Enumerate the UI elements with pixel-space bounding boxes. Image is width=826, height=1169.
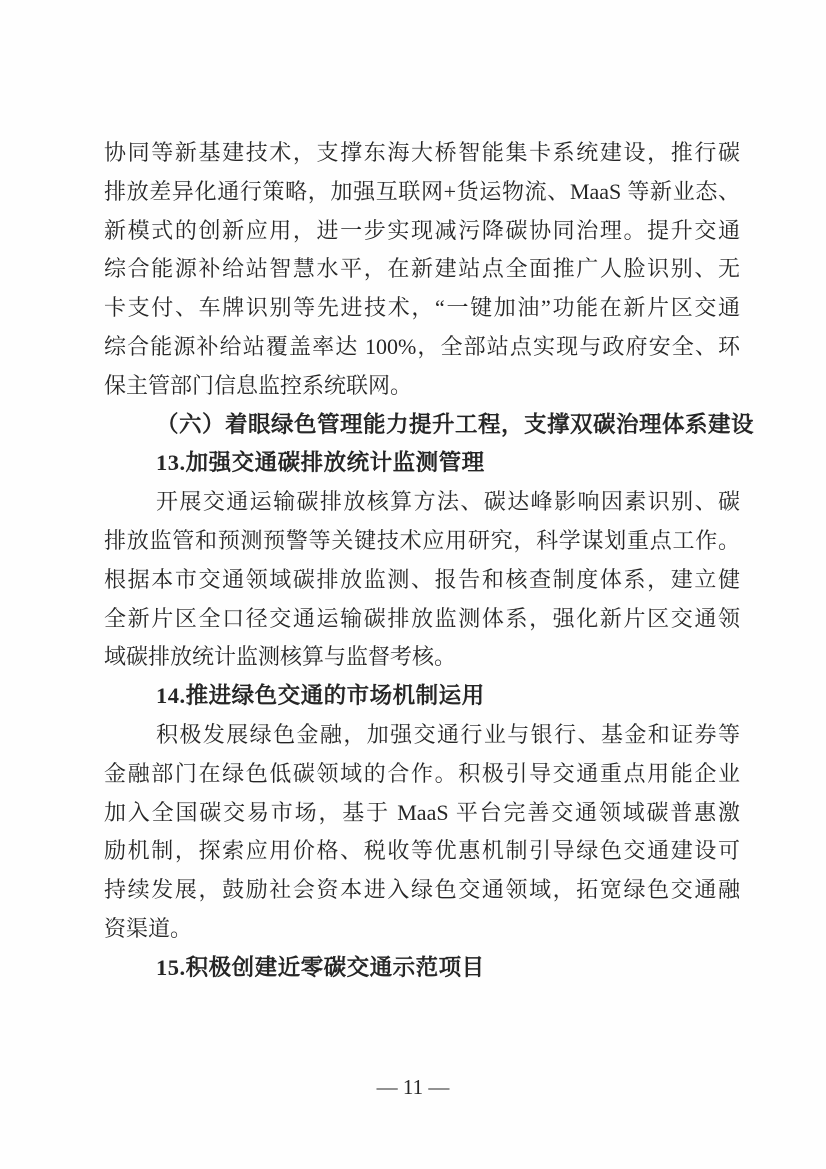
text-line: 协同等新基建技术，支撑东海大桥智能集卡系统建设，推行碳 [104, 134, 740, 173]
paragraph-first-line: 积极发展绿色金融，加强交通行业与银行、基金和证券等 [104, 716, 740, 755]
text-line: 根据本市交通领域碳排放监测、报告和核查制度体系，建立健 [104, 561, 740, 600]
paragraph-last-line: 域碳排放统计监测核算与监督考核。 [104, 638, 740, 677]
item-heading: 14.推进绿色交通的市场机制运用 [104, 677, 740, 716]
text-line: 持续发展，鼓励社会资本进入绿色交通领域，拓宽绿色交通融 [104, 871, 740, 910]
text-line: 加入全国碳交易市场，基于 MaaS 平台完善交通领域碳普惠激 [104, 794, 740, 833]
text-line: 排放监管和预测预警等关键技术应用研究，科学谋划重点工作。 [104, 522, 740, 561]
document-page: 协同等新基建技术，支撑东海大桥智能集卡系统建设，推行碳排放差异化通行策略，加强互… [0, 0, 826, 1169]
text-line: 金融部门在绿色低碳领域的合作。积极引导交通重点用能企业 [104, 755, 740, 794]
text-line: 综合能源补给站覆盖率达 100%，全部站点实现与政府安全、环 [104, 328, 740, 367]
paragraph-first-line: 开展交通运输碳排放核算方法、碳达峰影响因素识别、碳 [104, 483, 740, 522]
text-line: 全新片区全口径交通运输碳排放监测体系，强化新片区交通领 [104, 600, 740, 639]
paragraph-last-line: 保主管部门信息监控系统联网。 [104, 367, 740, 406]
text-line: 综合能源补给站智慧水平，在新建站点全面推广人脸识别、无 [104, 250, 740, 289]
text-line: 励机制，探索应用价格、税收等优惠机制引导绿色交通建设可 [104, 832, 740, 871]
page-number: — 11 — [0, 1072, 826, 1102]
text-line: 卡支付、车牌识别等先进技术，“一键加油”功能在新片区交通 [104, 289, 740, 328]
item-heading: 13.加强交通碳排放统计监测管理 [104, 444, 740, 483]
section-heading: （六）着眼绿色管理能力提升工程，支撑双碳治理体系建设 [104, 406, 740, 445]
item-heading: 15.积极创建近零碳交通示范项目 [104, 949, 740, 988]
text-line: 新模式的创新应用，进一步实现减污降碳协同治理。提升交通 [104, 212, 740, 251]
paragraph-last-line: 资渠道。 [104, 910, 740, 949]
text-block: 协同等新基建技术，支撑东海大桥智能集卡系统建设，推行碳排放差异化通行策略，加强互… [104, 134, 740, 988]
text-line: 排放差异化通行策略，加强互联网+货运物流、MaaS 等新业态、 [104, 173, 740, 212]
